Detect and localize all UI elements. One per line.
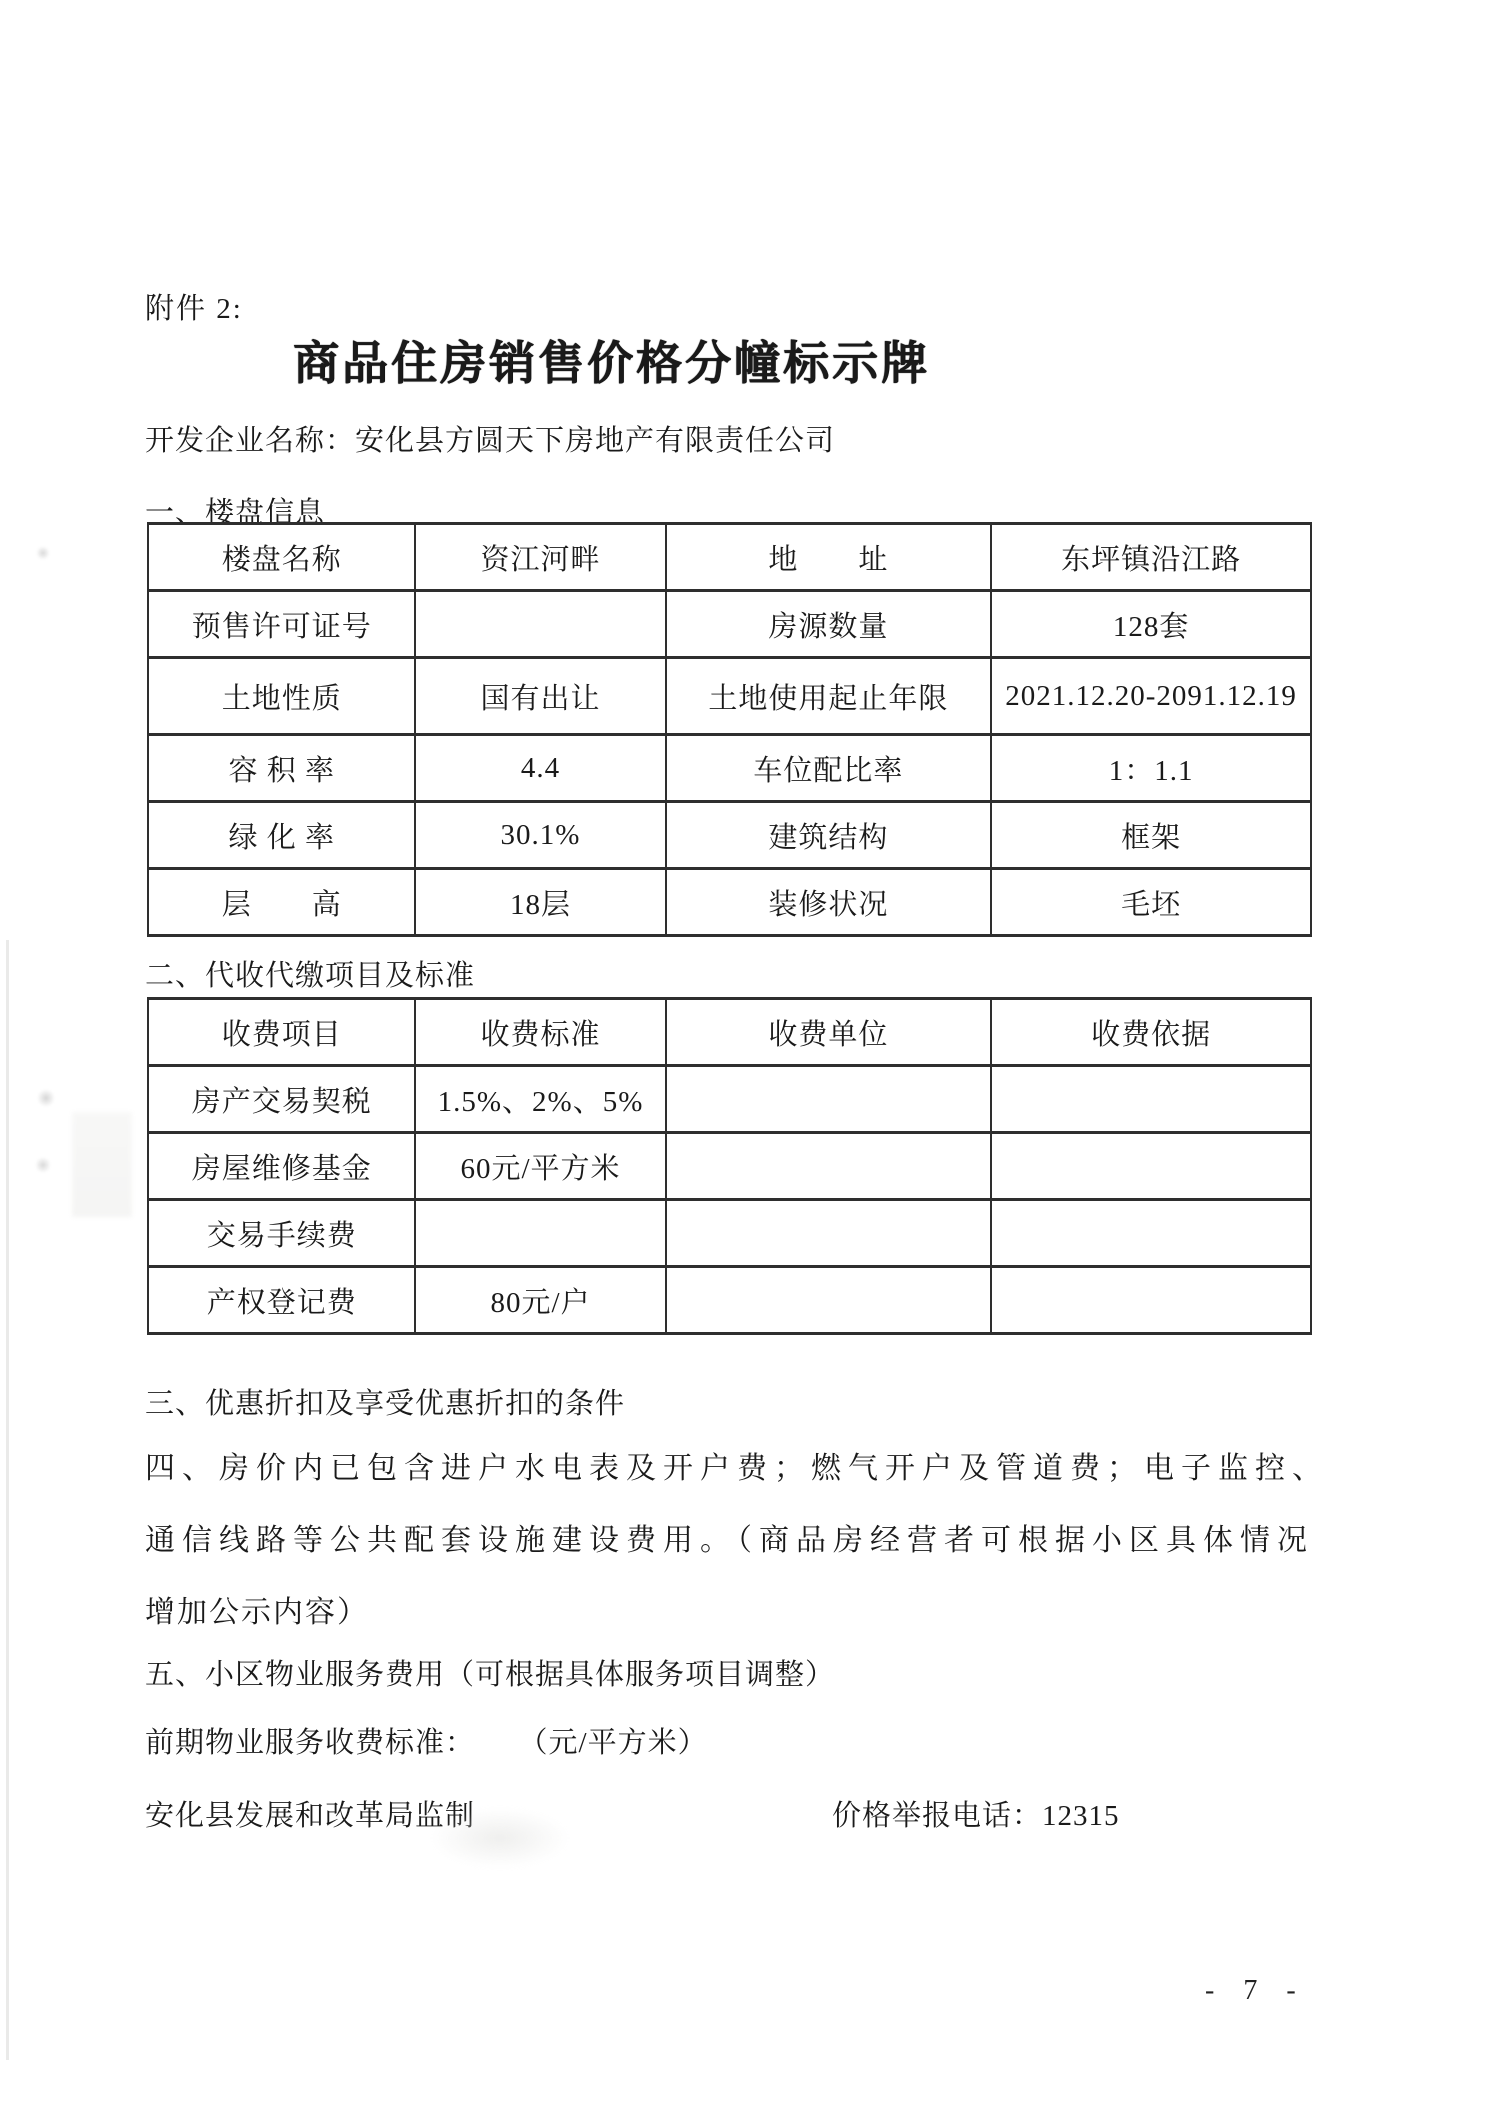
property-fee-unit: （元/平方米） — [533, 1727, 708, 1759]
document-page: 附件 2: 商品住房销售价格分幢标示牌 开发企业名称：安化县方圆天下房地产有限责… — [0, 0, 1487, 2102]
table-cell: 预售许可证号 — [148, 591, 415, 658]
table-cell: 毛坯 — [991, 869, 1311, 936]
section2-heading: 二、代收代缴项目及标准 — [145, 953, 475, 994]
table-cell — [991, 1267, 1311, 1334]
table-cell: 容 积 率 — [148, 735, 415, 802]
table-cell: 楼盘名称 — [148, 524, 415, 591]
price-hotline-text: 价格举报电话：12315 — [832, 1793, 1120, 1834]
table-row: 预售许可证号 房源数量 128套 — [148, 591, 1311, 658]
table-row: 土地性质 国有出让 土地使用起止年限 2021.12.20-2091.12.19 — [148, 658, 1311, 735]
scan-artifact — [36, 546, 50, 560]
table-cell: 国有出让 — [415, 658, 665, 735]
table-cell: 1：1.1 — [991, 735, 1311, 802]
table-cell: 128套 — [991, 591, 1311, 658]
table-cell — [991, 1133, 1311, 1200]
table-cell — [415, 1200, 665, 1267]
building-info-table: 楼盘名称 资江河畔 地 址 东坪镇沿江路 预售许可证号 房源数量 128套 土地… — [147, 522, 1312, 937]
footer-line: 安化县发展和改革局监制 价格举报电话：12315 — [145, 1793, 1325, 1833]
scan-artifact — [6, 940, 9, 2060]
page-title: 商品住房销售价格分幢标示牌 — [293, 327, 930, 393]
table-cell — [991, 1200, 1311, 1267]
table-cell: 建筑结构 — [666, 802, 992, 869]
property-fee-line: 前期物业服务收费标准：（元/平方米） — [145, 1720, 708, 1761]
table-cell — [415, 591, 665, 658]
table-row: 绿 化 率 30.1% 建筑结构 框架 — [148, 802, 1311, 869]
table-header-cell: 收费依据 — [991, 999, 1311, 1066]
property-fee-label: 前期物业服务收费标准： — [145, 1727, 475, 1759]
section4-line1: 四、房价内已包含进户水电表及开户费；燃气开户及管道费；电子监控、 — [145, 1443, 1329, 1487]
table-cell: 80元/户 — [415, 1267, 665, 1334]
table-row: 产权登记费 80元/户 — [148, 1267, 1311, 1334]
table-cell: 房源数量 — [666, 591, 992, 658]
table-cell: 1.5%、2%、5% — [415, 1066, 665, 1133]
table-cell: 60元/平方米 — [415, 1133, 665, 1200]
table-cell: 东坪镇沿江路 — [991, 524, 1311, 591]
scan-artifact — [36, 1156, 50, 1174]
table-cell: 土地性质 — [148, 658, 415, 735]
developer-name-line: 开发企业名称：安化县方圆天下房地产有限责任公司 — [145, 418, 835, 459]
table-header-cell: 收费标准 — [415, 999, 665, 1066]
table-cell: 18层 — [415, 869, 665, 936]
table-cell: 房产交易契税 — [148, 1066, 415, 1133]
table-cell — [666, 1200, 992, 1267]
table-cell: 2021.12.20-2091.12.19 — [991, 658, 1311, 735]
table-cell — [991, 1066, 1311, 1133]
table-cell: 装修状况 — [666, 869, 992, 936]
table-cell: 资江河畔 — [415, 524, 665, 591]
table-row: 楼盘名称 资江河畔 地 址 东坪镇沿江路 — [148, 524, 1311, 591]
issuer-text: 安化县发展和改革局监制 — [145, 1793, 475, 1834]
section3-heading: 三、优惠折扣及享受优惠折扣的条件 — [145, 1381, 625, 1422]
table-cell — [666, 1267, 992, 1334]
table-cell: 交易手续费 — [148, 1200, 415, 1267]
page-number: - 7 - — [1205, 1975, 1300, 2007]
table-row: 房屋维修基金 60元/平方米 — [148, 1133, 1311, 1200]
table-cell: 绿 化 率 — [148, 802, 415, 869]
table-row: 容 积 率 4.4 车位配比率 1：1.1 — [148, 735, 1311, 802]
table-cell: 产权登记费 — [148, 1267, 415, 1334]
table-cell: 车位配比率 — [666, 735, 992, 802]
table-cell: 框架 — [991, 802, 1311, 869]
table-cell: 土地使用起止年限 — [666, 658, 992, 735]
table-row: 房产交易契税 1.5%、2%、5% — [148, 1066, 1311, 1133]
table-cell: 4.4 — [415, 735, 665, 802]
table-header-cell: 收费单位 — [666, 999, 992, 1066]
attachment-label: 附件 2: — [145, 286, 243, 327]
table-header-row: 收费项目 收费标准 收费单位 收费依据 — [148, 999, 1311, 1066]
table-row: 层 高 18层 装修状况 毛坯 — [148, 869, 1311, 936]
table-header-cell: 收费项目 — [148, 999, 415, 1066]
scan-artifact — [72, 1112, 132, 1217]
table-row: 交易手续费 — [148, 1200, 1311, 1267]
section4-line2: 通信线路等公共配套设施建设费用。（商品房经营者可根据小区具体情况 — [145, 1515, 1314, 1559]
table-cell: 地 址 — [666, 524, 992, 591]
fees-table: 收费项目 收费标准 收费单位 收费依据 房产交易契税 1.5%、2%、5% 房屋… — [147, 997, 1312, 1335]
table-cell: 30.1% — [415, 802, 665, 869]
section5-heading: 五、小区物业服务费用（可根据具体服务项目调整） — [145, 1652, 835, 1693]
section4-line3: 增加公示内容） — [145, 1587, 369, 1631]
table-cell — [666, 1133, 992, 1200]
table-cell: 房屋维修基金 — [148, 1133, 415, 1200]
table-cell: 层 高 — [148, 869, 415, 936]
table-cell — [666, 1066, 992, 1133]
scan-artifact — [38, 1088, 54, 1108]
